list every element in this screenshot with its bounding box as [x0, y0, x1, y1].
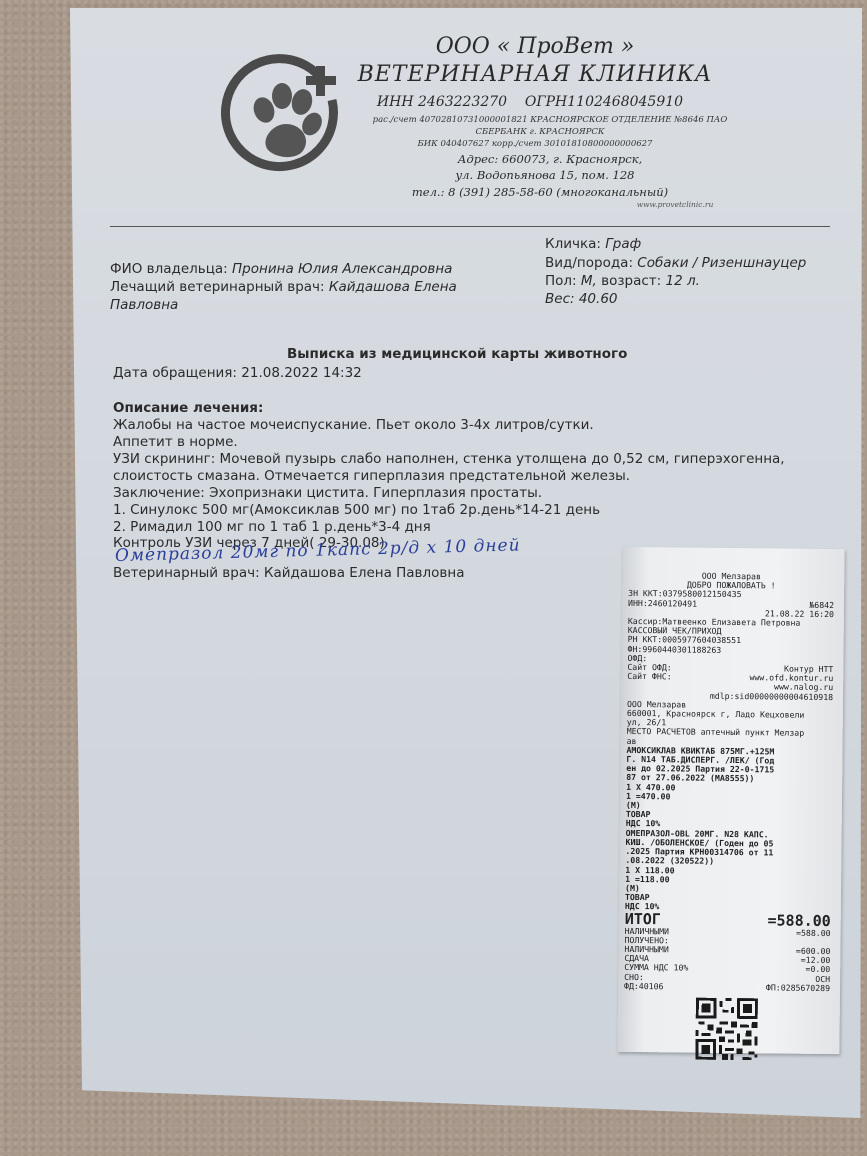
paw-in-circle-with-plus-icon [220, 52, 350, 182]
registration-ids: ИНН 2463223270 ОГРН1102468045910 [360, 94, 700, 110]
address-line-1: Адрес: 660073, г. Красноярск, [440, 152, 660, 166]
qr-code-icon [695, 998, 758, 1061]
website: www.provetclinic.ru [620, 200, 730, 209]
pet-sex-age: Пол: М, возраст: 12 л. [545, 273, 700, 289]
pet-breed: Вид/порода: Собаки / Ризеншнауцер [545, 255, 806, 271]
receipt-item: ОМЕПРАЗОЛ-OBL 20МГ. N28 КАПС. КИШ. /ОБОЛ… [625, 829, 832, 914]
receipt-item: АМОКСИКЛАВ КВИКТАБ 875МГ.+125М Г. N14 ТА… [626, 746, 833, 831]
clinic-name: ВЕТЕРИНАРНАЯ КЛИНИКА [345, 62, 725, 87]
phone: тел.: 8 (391) 285-58-60 (многоканальный) [410, 185, 670, 199]
treatment-line: 1. Синулокс 500 мг(Амоксиклав 500 мг) по… [113, 502, 600, 518]
address-line-2: ул. Водопьянова 15, пом. 128 [445, 168, 645, 182]
bank-account-line: рас./счет 40702810731000001821 КРАСНОЯРС… [370, 115, 730, 125]
visit-date: Дата обращения: 21.08.2022 14:32 [113, 365, 362, 381]
owner-name: ФИО владельца: Пронина Юлия Александровн… [110, 261, 452, 277]
treatment-line: Заключение: Эхопризнаки цистита. Гиперпл… [113, 485, 542, 501]
inn: ИНН 2463223270 [377, 94, 507, 110]
treatment-line: слоистость смазана. Отмечается гиперплаз… [113, 468, 630, 484]
pet-name: Кличка: Граф [545, 236, 641, 252]
treatment-line: Аппетит в норме. [113, 434, 238, 450]
cash-receipt: ООО Мелзарав ДОБРО ПОЖАЛОВАТЬ ! ЗН ККТ:0… [617, 547, 844, 1054]
bik-line: БИК 040407627 корр./счет 301018108000000… [390, 139, 680, 149]
ogrn: ОГРН1102468045910 [525, 94, 683, 110]
treatment-line: Жалобы на частое мочеиспускание. Пьет ок… [113, 417, 594, 433]
bank-name-line: СБЕРБАНК г. КРАСНОЯРСК [440, 127, 640, 137]
attending-vet: Лечащий ветеринарный врач: Кайдашова Еле… [110, 279, 457, 295]
treatment-heading: Описание лечения: [113, 400, 263, 416]
pet-weight: Вес: 40.60 [545, 291, 618, 307]
attending-vet-cont: Павловна [110, 297, 178, 313]
receipt-fd-fp-row: ФД:40106ФП:0285670289 [624, 982, 830, 993]
document-title: Выписка из медицинской карты животного [287, 346, 627, 362]
treatment-line: УЗИ скрининг: Мочевой пузырь слабо напол… [113, 451, 785, 467]
treatment-line: 2. Римадил 100 мг по 1 таб 1 р.день*3-4 … [113, 519, 431, 535]
header-divider [110, 226, 830, 227]
signature-line: Ветеринарный врач: Кайдашова Елена Павло… [113, 565, 464, 581]
org-name: ООО « ПроВет » [380, 34, 690, 59]
